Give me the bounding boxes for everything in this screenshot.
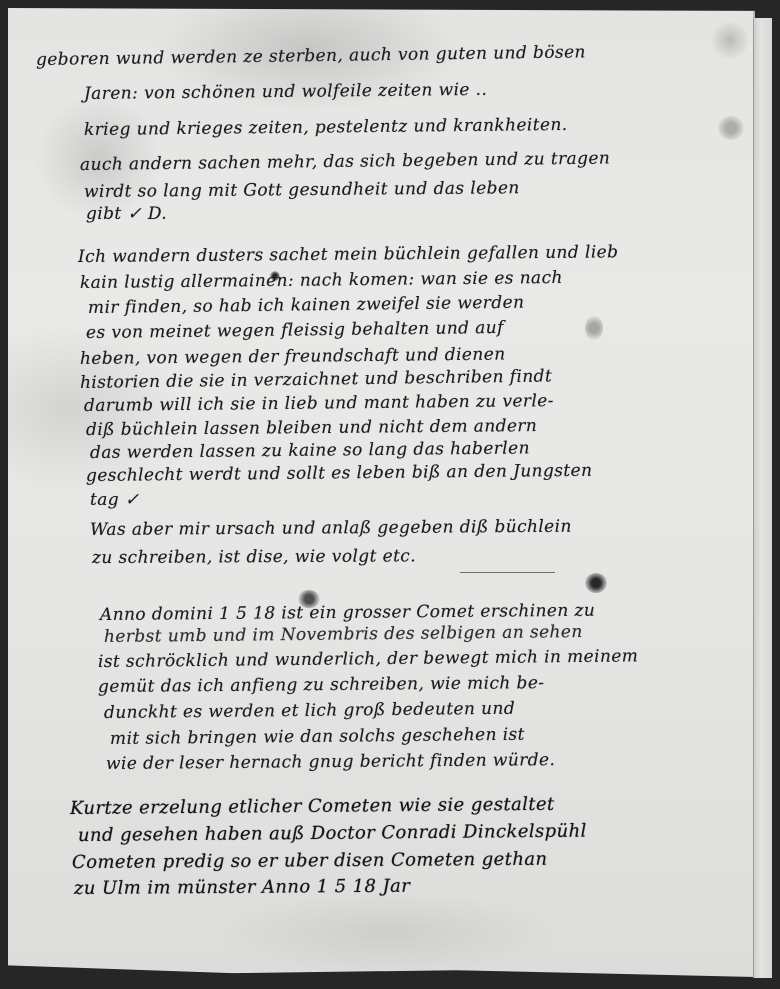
manuscript-text: geboren wund werden ze sterben, auch von… — [0, 0, 780, 989]
text-line: auch andern sachen mehr, das sich begebe… — [80, 149, 610, 175]
text-line: darumb will ich sie in lieb und mant hab… — [84, 391, 554, 416]
text-line: Was aber mir ursach und anlaß gegeben di… — [90, 517, 572, 540]
text-line: das werden lassen zu kaine so lang das h… — [90, 438, 530, 463]
text-line: ist schröcklich und wunderlich, der bewe… — [98, 646, 638, 672]
text-line: tag ✓ — [90, 490, 140, 510]
text-line: heben, von wegen der freundschaft und di… — [80, 345, 506, 369]
text-line: mit sich bringen wie dan solchs geschehe… — [110, 725, 525, 749]
text-line: wirdt so lang mit Gott gesundheit und da… — [84, 178, 520, 202]
underline-flourish — [460, 572, 555, 573]
text-line: und gesehen haben auß Doctor Conradi Din… — [78, 821, 587, 846]
text-line: Jaren: von schönen und wolfeile zeiten w… — [84, 80, 487, 104]
text-line: Ich wandern dusters sachet mein büchlein… — [78, 242, 619, 267]
text-line: geschlecht werdt und sollt es leben biß … — [86, 461, 593, 486]
text-line: krieg und krieges zeiten, pestelentz und… — [84, 115, 568, 140]
text-line: gemüt das ich anfieng zu schreiben, wie … — [98, 673, 545, 697]
text-line: diß büchlein lassen bleiben und nicht de… — [86, 416, 537, 440]
text-line: es von meinet wegen fleissig behalten un… — [86, 318, 504, 343]
text-line: kain lustig allermainen: nach komen: wan… — [80, 268, 563, 293]
text-line: historien die sie in verzaichnet und bes… — [80, 366, 552, 393]
text-line: wie der leser hernach gnug bericht finde… — [106, 750, 555, 774]
text-line: Anno domini 1 5 18 ist ein grosser Comet… — [100, 601, 595, 625]
text-line: zu Ulm im münster Anno 1 5 18 Jar — [74, 876, 410, 899]
text-line: Kurtze erzelung etlicher Cometen wie sie… — [70, 794, 555, 819]
text-line: dunckht es werden et lich groß bedeuten … — [104, 699, 515, 723]
text-line: zu schreiben, ist dise, wie volgt etc. — [92, 546, 416, 568]
text-line: geboren wund werden ze sterben, auch von… — [36, 42, 586, 70]
text-line: gibt ✓ D. — [86, 204, 167, 224]
scanned-page: geboren wund werden ze sterben, auch von… — [0, 0, 780, 989]
text-line: herbst umb und im Novembris des selbigen… — [104, 622, 583, 647]
text-line: Cometen predig so er uber disen Cometen … — [72, 849, 548, 873]
text-line: mir finden, so hab ich kainen zweifel si… — [88, 293, 525, 318]
